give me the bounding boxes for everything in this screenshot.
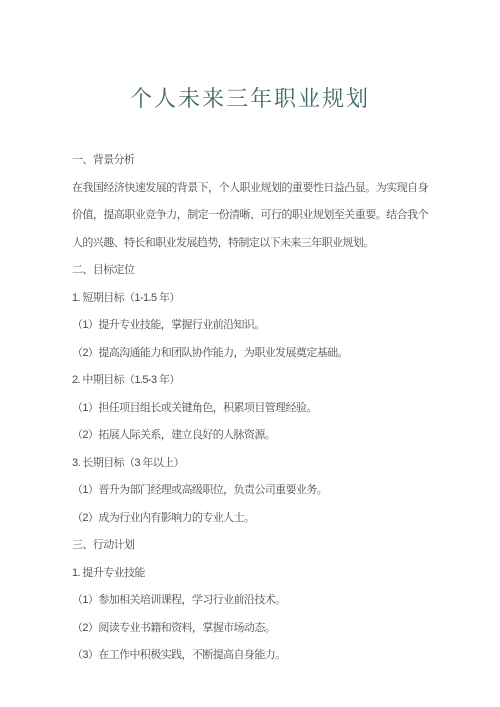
section-paragraph: 在我国经济快速发展的背景下，个人职业规划的重要性日益凸显。为实现自身价值，提高职…	[72, 175, 428, 258]
document-page: 个人未来三年职业规划 一、背景分析在我国经济快速发展的背景下，个人职业规划的重要…	[0, 0, 500, 707]
section-list-item: （1）晋升为部门经理或高级职位，负责公司重要业务。	[72, 477, 428, 505]
section-list-item: 1. 提升专业技能	[72, 560, 428, 588]
document-body: 一、背景分析在我国经济快速发展的背景下，个人职业规划的重要性日益凸显。为实现自身…	[72, 147, 428, 670]
section-list-item: （1）担任项目组长或关键角色，积累项目管理经验。	[72, 395, 428, 423]
section-list-item: （2）拓展人际关系，建立良好的人脉资源。	[72, 422, 428, 450]
section-list-item: （1）提升专业技能，掌握行业前沿知识。	[72, 312, 428, 340]
section-heading: 二、目标定位	[72, 257, 428, 285]
section-list-item: （2）提高沟通能力和团队协作能力，为职业发展奠定基础。	[72, 340, 428, 368]
section-heading: 三、行动计划	[72, 532, 428, 560]
document-title: 个人未来三年职业规划	[72, 0, 428, 114]
section-list-item: 2. 中期目标（1.5-3 年）	[72, 367, 428, 395]
section-list-item: （2）阅读专业书籍和资料，掌握市场动态。	[72, 615, 428, 643]
section-list-item: （3）在工作中积极实践，不断提高自身能力。	[72, 642, 428, 670]
section-list-item: 3. 长期目标（3 年以上）	[72, 450, 428, 478]
section-list-item: 1. 短期目标（1-1.5 年）	[72, 285, 428, 313]
section-heading: 一、背景分析	[72, 147, 428, 175]
section-list-item: （1）参加相关培训课程，学习行业前沿技术。	[72, 587, 428, 615]
section-list-item: （2）成为行业内有影响力的专业人士。	[72, 505, 428, 533]
